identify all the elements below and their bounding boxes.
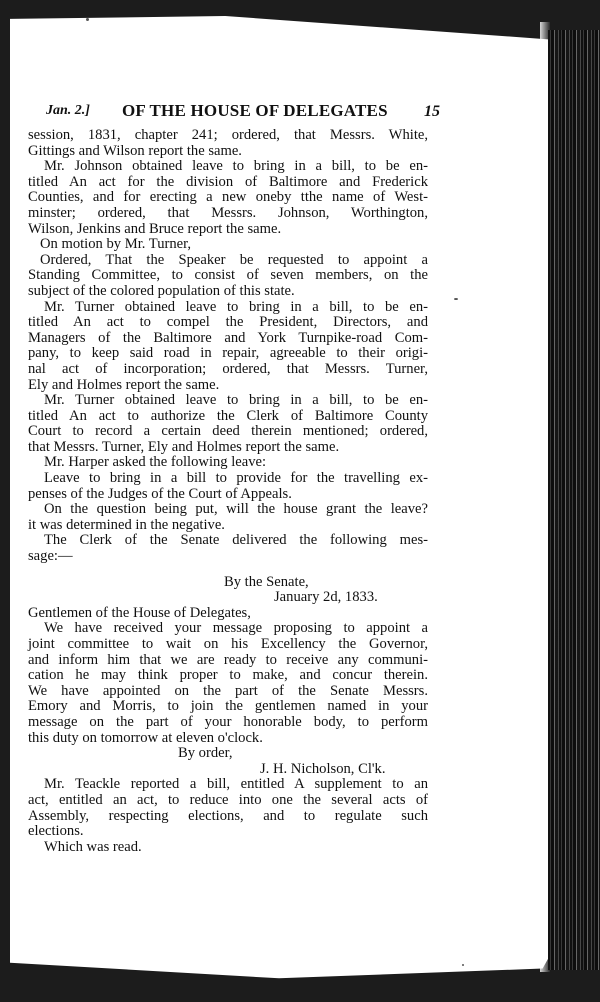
scan-speck — [86, 18, 89, 21]
paragraph: Mr. Harper asked the following leave: — [28, 455, 428, 471]
text-line: Mr. Johnson obtained leave to bring in a… — [28, 159, 428, 175]
paragraph: Mr. Teackle reported a bill, entitled A … — [28, 777, 428, 839]
scan-speck — [462, 964, 464, 966]
running-head: Jan. 2.] OF THE HOUSE OF DELEGATES 15 — [46, 100, 446, 122]
text-line: Ordered, That the Speaker be requested t… — [28, 253, 428, 269]
text-line: session, 1831, chapter 241; ordered, tha… — [28, 128, 428, 144]
text-line: subject of the colored population of thi… — [28, 284, 428, 300]
message-closing: By order, — [28, 746, 428, 762]
text-line: message on the part of your honorable bo… — [28, 715, 428, 731]
text-line: titled An act to authorize the Clerk of … — [28, 409, 428, 425]
text-line: We have received your message proposing … — [28, 621, 428, 637]
text-line: Which was read. — [28, 840, 428, 856]
text-line: this duty on tomorrow at eleven o'clock. — [28, 731, 428, 747]
text-line: titled An act for the division of Baltim… — [28, 175, 428, 191]
text-line: Court to record a certain deed therein m… — [28, 424, 428, 440]
text-line: elections. — [28, 824, 428, 840]
text-line: nal act of incorporation; ordered, that … — [28, 362, 428, 378]
scan-speck — [454, 298, 458, 300]
text-line: Standing Committee, to consist of seven … — [28, 268, 428, 284]
text-line: Managers of the Baltimore and York Turnp… — [28, 331, 428, 347]
text-line: On the question being put, will the hous… — [28, 502, 428, 518]
page-body: session, 1831, chapter 241; ordered, tha… — [28, 128, 428, 855]
text-line: Leave to bring in a bill to provide for … — [28, 471, 428, 487]
text-line: cation he may think proper to make, and … — [28, 668, 428, 684]
book-spine — [548, 30, 600, 970]
text-line: and inform him that we are ready to rece… — [28, 653, 428, 669]
paragraph: On the question being put, will the hous… — [28, 502, 428, 533]
paragraph: Leave to bring in a bill to provide for … — [28, 471, 428, 502]
message-date: January 2d, 1833. — [28, 590, 428, 606]
text-line: minster; ordered, that Messrs. Johnson, … — [28, 206, 428, 222]
text-line: act, entitled an act, to reduce into one… — [28, 793, 428, 809]
text-line: it was determined in the negative. — [28, 518, 428, 534]
paragraph: Mr. Turner obtained leave to bring in a … — [28, 393, 428, 455]
paragraph: session, 1831, chapter 241; ordered, tha… — [28, 128, 428, 159]
text-line: We have appointed on the part of the Sen… — [28, 684, 428, 700]
text-line: that Messrs. Turner, Ely and Holmes repo… — [28, 440, 428, 456]
text-line: joint committee to wait on his Excellenc… — [28, 637, 428, 653]
text-line: The Clerk of the Senate delivered the fo… — [28, 533, 428, 549]
text-line: Mr. Teackle reported a bill, entitled A … — [28, 777, 428, 793]
text-line: Wilson, Jenkins and Bruce report the sam… — [28, 222, 428, 238]
text-line: Emory and Morris, to join the gentlemen … — [28, 699, 428, 715]
running-head-date: Jan. 2.] — [46, 100, 90, 122]
message-from: By the Senate, — [28, 575, 428, 591]
book-page: Jan. 2.] OF THE HOUSE OF DELEGATES 15 se… — [10, 16, 548, 988]
text-line: penses of the Judges of the Court of App… — [28, 487, 428, 503]
text-line: Counties, and for erecting a new oneby t… — [28, 190, 428, 206]
text-line: Mr. Turner obtained leave to bring in a … — [28, 393, 428, 409]
paragraph: Ordered, That the Speaker be requested t… — [28, 253, 428, 300]
page-number: 15 — [424, 101, 440, 123]
paragraph: Which was read. — [28, 840, 428, 856]
message-salutation: Gentlemen of the House of Delegates, — [28, 606, 428, 622]
text-line: Mr. Harper asked the following leave: — [28, 455, 428, 471]
text-line: pany, to keep said road in repair, agree… — [28, 346, 428, 362]
paragraph: Mr. Turner obtained leave to bring in a … — [28, 300, 428, 394]
text-line: Gittings and Wilson report the same. — [28, 144, 428, 160]
paragraph: Mr. Johnson obtained leave to bring in a… — [28, 159, 428, 237]
text-line: On motion by Mr. Turner, — [28, 237, 428, 253]
text-line: titled An act to compel the President, D… — [28, 315, 428, 331]
text-line: sage:— — [28, 549, 428, 565]
paragraph: The Clerk of the Senate delivered the fo… — [28, 533, 428, 564]
text-line: Mr. Turner obtained leave to bring in a … — [28, 300, 428, 316]
running-head-title: OF THE HOUSE OF DELEGATES — [122, 100, 388, 122]
senate-message: By the Senate, January 2d, 1833. Gentlem… — [28, 575, 428, 778]
text-line: Assembly, respecting elections, and to r… — [28, 809, 428, 825]
text-line: Ely and Holmes report the same. — [28, 378, 428, 394]
message-signature: J. H. Nicholson, Cl'k. — [28, 762, 428, 778]
paragraph: On motion by Mr. Turner, — [28, 237, 428, 253]
